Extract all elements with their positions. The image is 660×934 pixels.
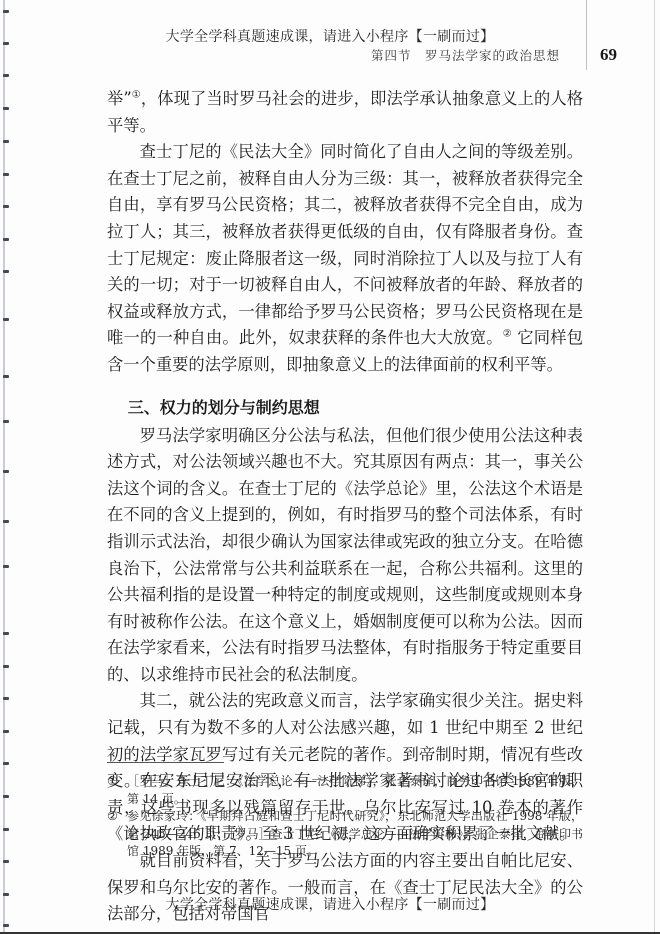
paragraph-text: 查士丁尼的《民法大全》同时简化了自由人之间的等级差别。在查士丁尼之前，被释自由人… [107,142,583,347]
running-head: 第四节 罗马法学家的政治思想 [371,46,560,64]
binding-mark [3,762,9,765]
footnote-divider [107,762,224,763]
paragraph: 查士丁尼的《民法大全》同时简化了自由人之间的等级差别。在查士丁尼之前，被释自由人… [107,139,583,378]
footnote-number: ② [107,808,127,861]
paragraph-text: ，体现了当时罗马社会的进步，即法学承认抽象意义上的人格平等。 [107,89,583,135]
footnotes: ① ［罗马］查士丁尼：《法学总论——法学阶梯》，张企泰译，商务印书馆 1989 … [107,773,583,861]
footnote-ref: ① [132,90,141,101]
footnote-ref: ② [503,329,512,340]
binding-mark [3,697,9,700]
binding-mark [3,318,9,321]
binding-mark [3,107,9,110]
header-divider [586,0,587,70]
footnote-item: ② 参见徐家玲：《早期拜占庭和查士丁尼时代研究》，东北师范大学出版社 1998 … [107,808,583,861]
binding-mark [3,470,9,473]
paragraph: 罗马法学家明确区分公法与私法，但他们很少使用公法这种表述方式，对公法领域兴趣也不… [107,423,583,689]
page-right-edge [654,0,655,934]
binding-mark [3,795,9,798]
binding-mark [3,205,9,208]
footnote-item: ① ［罗马］查士丁尼：《法学总论——法学阶梯》，张企泰译，商务印书馆 1989 … [107,773,583,808]
binding-mark [3,632,9,635]
binding-mark [3,924,9,927]
binding-mark [3,270,9,273]
binding-mark [3,730,9,733]
binding-mark [3,860,9,863]
binding-mark [3,10,9,13]
binding-mark [3,420,9,423]
binding-mark [3,665,9,668]
paragraph-text: 举” [107,89,132,108]
binding-mark [3,520,9,523]
binding-mark [3,828,9,831]
binding-mark [3,173,9,176]
page-number: 69 [600,45,617,65]
paragraph: 举”①，体现了当时罗马社会的进步，即法学承认抽象意义上的人格平等。 [107,86,583,139]
footnote-number: ① [107,773,127,808]
footnote-text: 参见徐家玲：《早期拜占庭和查士丁尼时代研究》，东北师范大学出版社 1998 年版… [127,808,583,861]
binding-mark [3,74,9,77]
section-title: 三、权力的划分与制约思想 [107,395,583,421]
binding-mark [3,375,9,378]
watermark-top: 大学全学科真题速成课，请进入小程序【一刷而过】 [0,26,660,46]
watermark-bottom: 大学全学科真题速成课，请进入小程序【一刷而过】 [0,894,660,914]
binding-mark [3,140,9,143]
binding-mark [3,565,9,568]
footnote-text: ［罗马］查士丁尼：《法学总论——法学阶梯》，张企泰译，商务印书馆 1989 年版… [127,773,583,808]
binding-mark [3,238,9,241]
